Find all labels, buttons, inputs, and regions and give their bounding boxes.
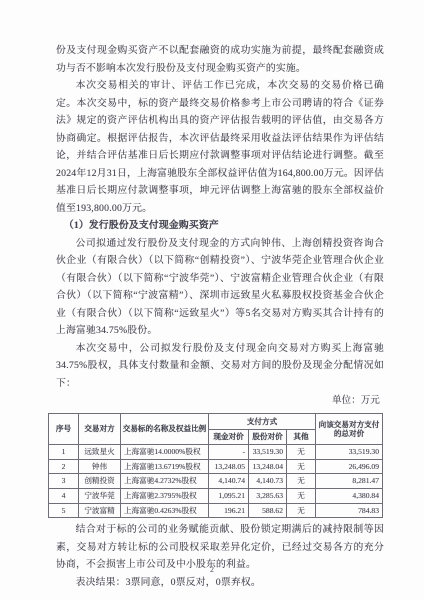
- cell-party: 宁波富精: [79, 503, 121, 518]
- table-row: 3 创精投资 上海富驰4.2732%股权 4,140.74 4,140.73 无…: [49, 474, 383, 489]
- cell-target: 上海富驰14.0000%股权: [121, 445, 209, 460]
- cell-other: 无: [287, 474, 316, 489]
- cell-share: 3,285.63: [249, 488, 287, 503]
- document-body: 份及支付现金购买资产不以配套融资的成功实施为前提，最终配套融资成功与否不影响本次…: [56, 42, 384, 591]
- cell-total: 33,519.30: [316, 445, 383, 460]
- cell-other: 无: [287, 445, 316, 460]
- cell-seq: 3: [49, 474, 79, 489]
- table-row: 1 远致星火 上海富驰14.0000%股权 - 33,519.30 无 33,5…: [49, 445, 383, 460]
- cell-seq: 5: [49, 503, 79, 518]
- cell-total: 4,380.84: [316, 488, 383, 503]
- header-other: 其他: [287, 429, 316, 445]
- cell-target: 上海富驰13.6719%股权: [121, 459, 209, 474]
- cell-other: 无: [287, 459, 316, 474]
- table-header-row: 序号 交易对方 交易标的名称及权益比例 支付方式 向该交易对方支付的总对价: [49, 414, 383, 430]
- vote-result-paragraph: 表决结果：3票同意，0票反对，0票弃权。: [56, 574, 384, 592]
- table-row: 4 宁波华莞 上海富驰2.3795%股权 1,095.21 3,285.63 无…: [49, 488, 383, 503]
- cell-target: 上海富驰0.4263%股权: [121, 503, 209, 518]
- header-share: 股份对价: [249, 429, 287, 445]
- cell-cash: 1,095.21: [209, 488, 249, 503]
- cell-cash: 4,140.74: [209, 474, 249, 489]
- cell-total: 8,281.47: [316, 474, 383, 489]
- counterparties-paragraph: 公司拟通过发行股份及支付现金的方式向钟伟、上海创精投资咨询合伙企业（有限合伙）（…: [56, 235, 384, 340]
- cell-cash: 196.21: [209, 503, 249, 518]
- cell-party: 远致星火: [79, 445, 121, 460]
- valuation-paragraph: 本次交易相关的审计、评估工作已完成，本次交易的交易价格已确定。本次交易中，标的资…: [56, 77, 384, 217]
- header-seq: 序号: [49, 414, 79, 445]
- cell-other: 无: [287, 503, 316, 518]
- cell-other: 无: [287, 488, 316, 503]
- cell-target: 上海富驰2.3795%股权: [121, 488, 209, 503]
- cell-seq: 2: [49, 459, 79, 474]
- cell-target: 上海富驰4.2732%股权: [121, 474, 209, 489]
- cell-cash: -: [209, 445, 249, 460]
- header-cash: 现金对价: [209, 429, 249, 445]
- section-heading: （1）发行股份及支付现金购买资产: [56, 217, 384, 235]
- cell-party: 创精投资: [79, 474, 121, 489]
- cell-cash: 13,248.05: [209, 459, 249, 474]
- cell-total: 26,496.09: [316, 459, 383, 474]
- cell-share: 4,140.73: [249, 474, 287, 489]
- table-row: 5 宁波富精 上海富驰0.4263%股权 196.21 588.62 无 784…: [49, 503, 383, 518]
- unit-label: 单位：万元: [56, 392, 384, 409]
- cell-share: 33,519.30: [249, 445, 287, 460]
- header-party: 交易对方: [79, 414, 121, 445]
- cell-share: 13,248.04: [249, 459, 287, 474]
- header-payment-method: 支付方式: [209, 414, 316, 430]
- cell-party: 宁波华莞: [79, 488, 121, 503]
- cell-share: 588.62: [249, 503, 287, 518]
- continuation-paragraph: 份及支付现金购买资产不以配套融资的成功实施为前提，最终配套融资成功与否不影响本次…: [56, 42, 384, 77]
- header-total: 向该交易对方支付的总对价: [316, 414, 383, 445]
- cell-party: 钟伟: [79, 459, 121, 474]
- cell-total: 784.83: [316, 503, 383, 518]
- cell-seq: 1: [49, 445, 79, 460]
- header-target: 交易标的名称及权益比例: [121, 414, 209, 445]
- payment-intro-paragraph: 本次交易中，公司拟发行股份及支付现金向交易对方购买上海富驰34.75%股权，具体…: [56, 340, 384, 393]
- document-page: 份及支付现金购买资产不以配套融资的成功实施为前提，最终配套融资成功与否不影响本次…: [0, 0, 424, 600]
- page-number: 2: [0, 565, 424, 574]
- table-row: 2 钟伟 上海富驰13.6719%股权 13,248.05 13,248.04 …: [49, 459, 383, 474]
- payment-allocation-table: 序号 交易对方 交易标的名称及权益比例 支付方式 向该交易对方支付的总对价 现金…: [48, 413, 383, 518]
- cell-seq: 4: [49, 488, 79, 503]
